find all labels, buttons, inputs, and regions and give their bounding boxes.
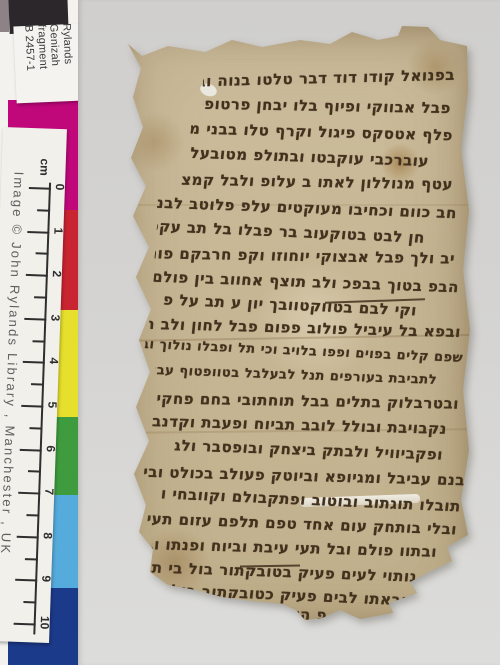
shelfmark-text: Rylands Genizah fragment B 2457-1 (22, 22, 75, 104)
scan-area: בפנואל קודו דוד דבר טלטו בנוה וביוד פבו … (78, 0, 500, 665)
manuscript-line-2: פבל אבווקי ופיוף בלו יבחן פרטופי וביוף ב… (202, 94, 452, 118)
ruler-number: 6 (44, 441, 58, 455)
manuscript-line-23: פ היויםו (206, 603, 328, 625)
ruler-number: 3 (48, 310, 62, 324)
ruler-number: 5 (45, 398, 59, 412)
ruler-number: 10 (37, 615, 51, 629)
manuscript-text: בפנואל קודו דוד דבר טלטו בנוה וביוד פבו … (115, 22, 477, 634)
manuscript-line-7: חן לבט בטוקעוב בר פבלו בל תב עקס קלט ובם (156, 216, 426, 248)
ruler-tick-major (29, 187, 51, 190)
calibration-column: Rylands Genizah fragment B 2457-1 Image … (0, 0, 78, 665)
ruler-number: 7 (42, 485, 56, 499)
ruler-tick-major (23, 361, 45, 364)
ruler-tick-major (27, 231, 49, 234)
manuscript-fragment: בפנואל קודו דוד דבר טלטו בנוה וביוד פבו … (115, 22, 477, 634)
ruler-tick-minor (36, 253, 49, 255)
ruler-unit-label: cm (37, 158, 52, 176)
ruler-tick-major (15, 579, 37, 582)
ruler-tick-minor (31, 383, 44, 385)
ruler-tick-minor (25, 558, 38, 560)
ruler-tick-minor (34, 296, 47, 298)
copyright-text: Image © John Rylands Library , Mancheste… (0, 171, 26, 555)
manuscript-line-14: ובטרבלוק בתלים בבל תוחתובי בחם פחקי אוף … (148, 388, 460, 413)
ruler-number: 2 (50, 267, 64, 281)
manuscript-line-3: פלף אטסקס פיגול וקרף טלו בבני מרטב ובלי … (190, 119, 454, 146)
manuscript-line-1: בפנואל קודו דוד דבר טלטו בנוה וביוד פבו … (203, 65, 456, 92)
ruler-tick-major (17, 536, 39, 539)
manuscript-line-15: נקבויבת ובולל לובב תביוח ופעבת וקדנבפ וב… (151, 411, 448, 439)
ruler-tick-minor (29, 427, 42, 429)
ruler-tick-major (21, 405, 43, 408)
gray-calibration-patch (0, 0, 9, 32)
ruler-number: 4 (47, 354, 61, 368)
manuscript-line-5: עטף מנוללון לאתו ב עלופ ולבל קמצן עטיבם … (180, 170, 454, 195)
manuscript-line-20: ובתוו פולם ובל תעי עיבת וביוח ופנתו ובלם (151, 534, 438, 561)
ruler-tick-minor (26, 514, 39, 516)
manuscript-line-4: עוברכבי עוקבטו ובתולפ מטובעל פיגעי ובלול (188, 143, 430, 171)
ruler-tick-minor (23, 601, 36, 603)
shelfmark-label: Rylands Genizah fragment B 2457-1 (13, 24, 83, 104)
ruler-tick-major (26, 274, 48, 277)
ruler-number: 1 (51, 223, 65, 237)
scan-page: Rylands Genizah fragment B 2457-1 Image … (0, 0, 500, 665)
ruler-tick-minor (37, 209, 50, 211)
ruler-number: 9 (39, 572, 53, 586)
ruler-tick-minor (28, 471, 41, 473)
manuscript-line-16: ופקביוויל ולבתק ביצחק ובופסבר ולבקנעג וב… (174, 435, 444, 464)
ruler-tick-major (20, 448, 42, 451)
ruler-tick-major (24, 318, 46, 321)
ruler-tick-major (14, 623, 36, 626)
ruler-number: 8 (41, 528, 55, 542)
ruler-number: 0 (53, 180, 67, 194)
manuscript-line-8: יב ולך פבל אבצוקי יוחוזו וקפ חרבקם פונבא… (154, 243, 456, 268)
ruler-tick-major (18, 492, 40, 495)
ruler-tick-minor (33, 340, 46, 342)
